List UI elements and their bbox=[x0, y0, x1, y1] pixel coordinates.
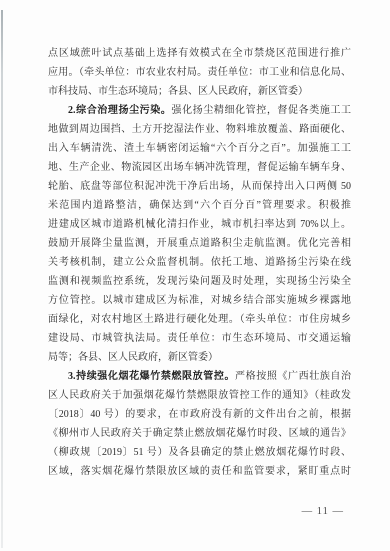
text-line: 区人民政府关于加强烟花爆竹禁燃限放管控工作的通知》（桂政发 bbox=[48, 386, 351, 405]
document-page: 点区域蔗叶试点基础上选择有效模式在全市禁烧区范围进行推广 应用。（牵头单位：市农… bbox=[0, 0, 390, 551]
text-line: 面绿化，对农村地区土路进行硬化处理。（牵头单位：市住房城乡 bbox=[48, 310, 351, 329]
paragraph-heading: 3.持续强化烟花爆竹禁燃限放管控。 bbox=[68, 371, 235, 382]
text-line: 应用。（牵头单位：市农业农村局。责任单位：市工业和信息化局、 bbox=[48, 63, 351, 82]
text-line: 区域，落实烟花爆竹禁限放区域的责任和监管要求，紧盯重点时 bbox=[48, 462, 351, 481]
text-line: 方位管控。以城市建成区为标准，对城乡结合部实施城乡裸露地 bbox=[48, 291, 351, 310]
text-line-paragraph-start: 3.持续强化烟花爆竹禁燃限放管控。严格按照《广西壮族自治 bbox=[48, 367, 351, 386]
text-line: 地做到周边围挡、土方开挖湿法作业、物料堆放覆盖、路面硬化、 bbox=[48, 120, 351, 139]
text-line: 市科技局、市生态环境局；各县、区人民政府，新区管委） bbox=[48, 82, 351, 101]
scan-edge-artifact bbox=[1, 10, 3, 548]
text-line: 监测和视频监控系统，发现污染问题及时处理，实现扬尘污染全 bbox=[48, 272, 351, 291]
text-line: 《柳州市人民政府关于确定禁止燃放烟花爆竹时段、区域的通告》 bbox=[48, 424, 351, 443]
text-line: 〔2018〕40 号）的要求，在市政府没有新的文件出台之前，根据 bbox=[48, 405, 351, 424]
text-line: 进建成区城市道路机械化清扫作业，城市机扫率达到 70%以上。 bbox=[48, 215, 351, 234]
page-number: — 11 — bbox=[302, 506, 344, 517]
text-line: 局等；各县、区人民政府，新区管委） bbox=[48, 348, 351, 367]
text-line: 地、生产企业、物流园区出场车辆冲洗管理，督促运输车辆车身、 bbox=[48, 158, 351, 177]
text-line: 点区域蔗叶试点基础上选择有效模式在全市禁烧区范围进行推广 bbox=[48, 44, 351, 63]
document-text-block: 点区域蔗叶试点基础上选择有效模式在全市禁烧区范围进行推广 应用。（牵头单位：市农… bbox=[48, 44, 351, 481]
text-line: 鼓励开展降尘量监测，开展重点道路积尘走航监测。优化完善相 bbox=[48, 234, 351, 253]
text-line: 关考核机制，建立公众监督机制。依托工地、道路扬尘污染在线 bbox=[48, 253, 351, 272]
text-line: 轮胎、底盘等部位积泥冲洗干净后出场，从而保持出入口两侧 50 bbox=[48, 177, 351, 196]
text-line: 建设局、市城管执法局。责任单位：市生态环境局、市交通运输 bbox=[48, 329, 351, 348]
text-line: （柳政规〔2019〕51 号）及各县确定的禁止燃放烟花爆竹时段、 bbox=[48, 443, 351, 462]
text-line-paragraph-start: 2.综合治理扬尘污染。强化扬尘精细化管控，督促各类施工工 bbox=[48, 101, 351, 120]
text-line: 米范围内道路整洁，确保达到“六个百分百”管理要求。积极推 bbox=[48, 196, 351, 215]
text-line: 出入车辆清洗、渣土车辆密闭运输“六个百分之百”。加强施工工 bbox=[48, 139, 351, 158]
paragraph-heading: 2.综合治理扬尘污染。 bbox=[68, 105, 171, 116]
